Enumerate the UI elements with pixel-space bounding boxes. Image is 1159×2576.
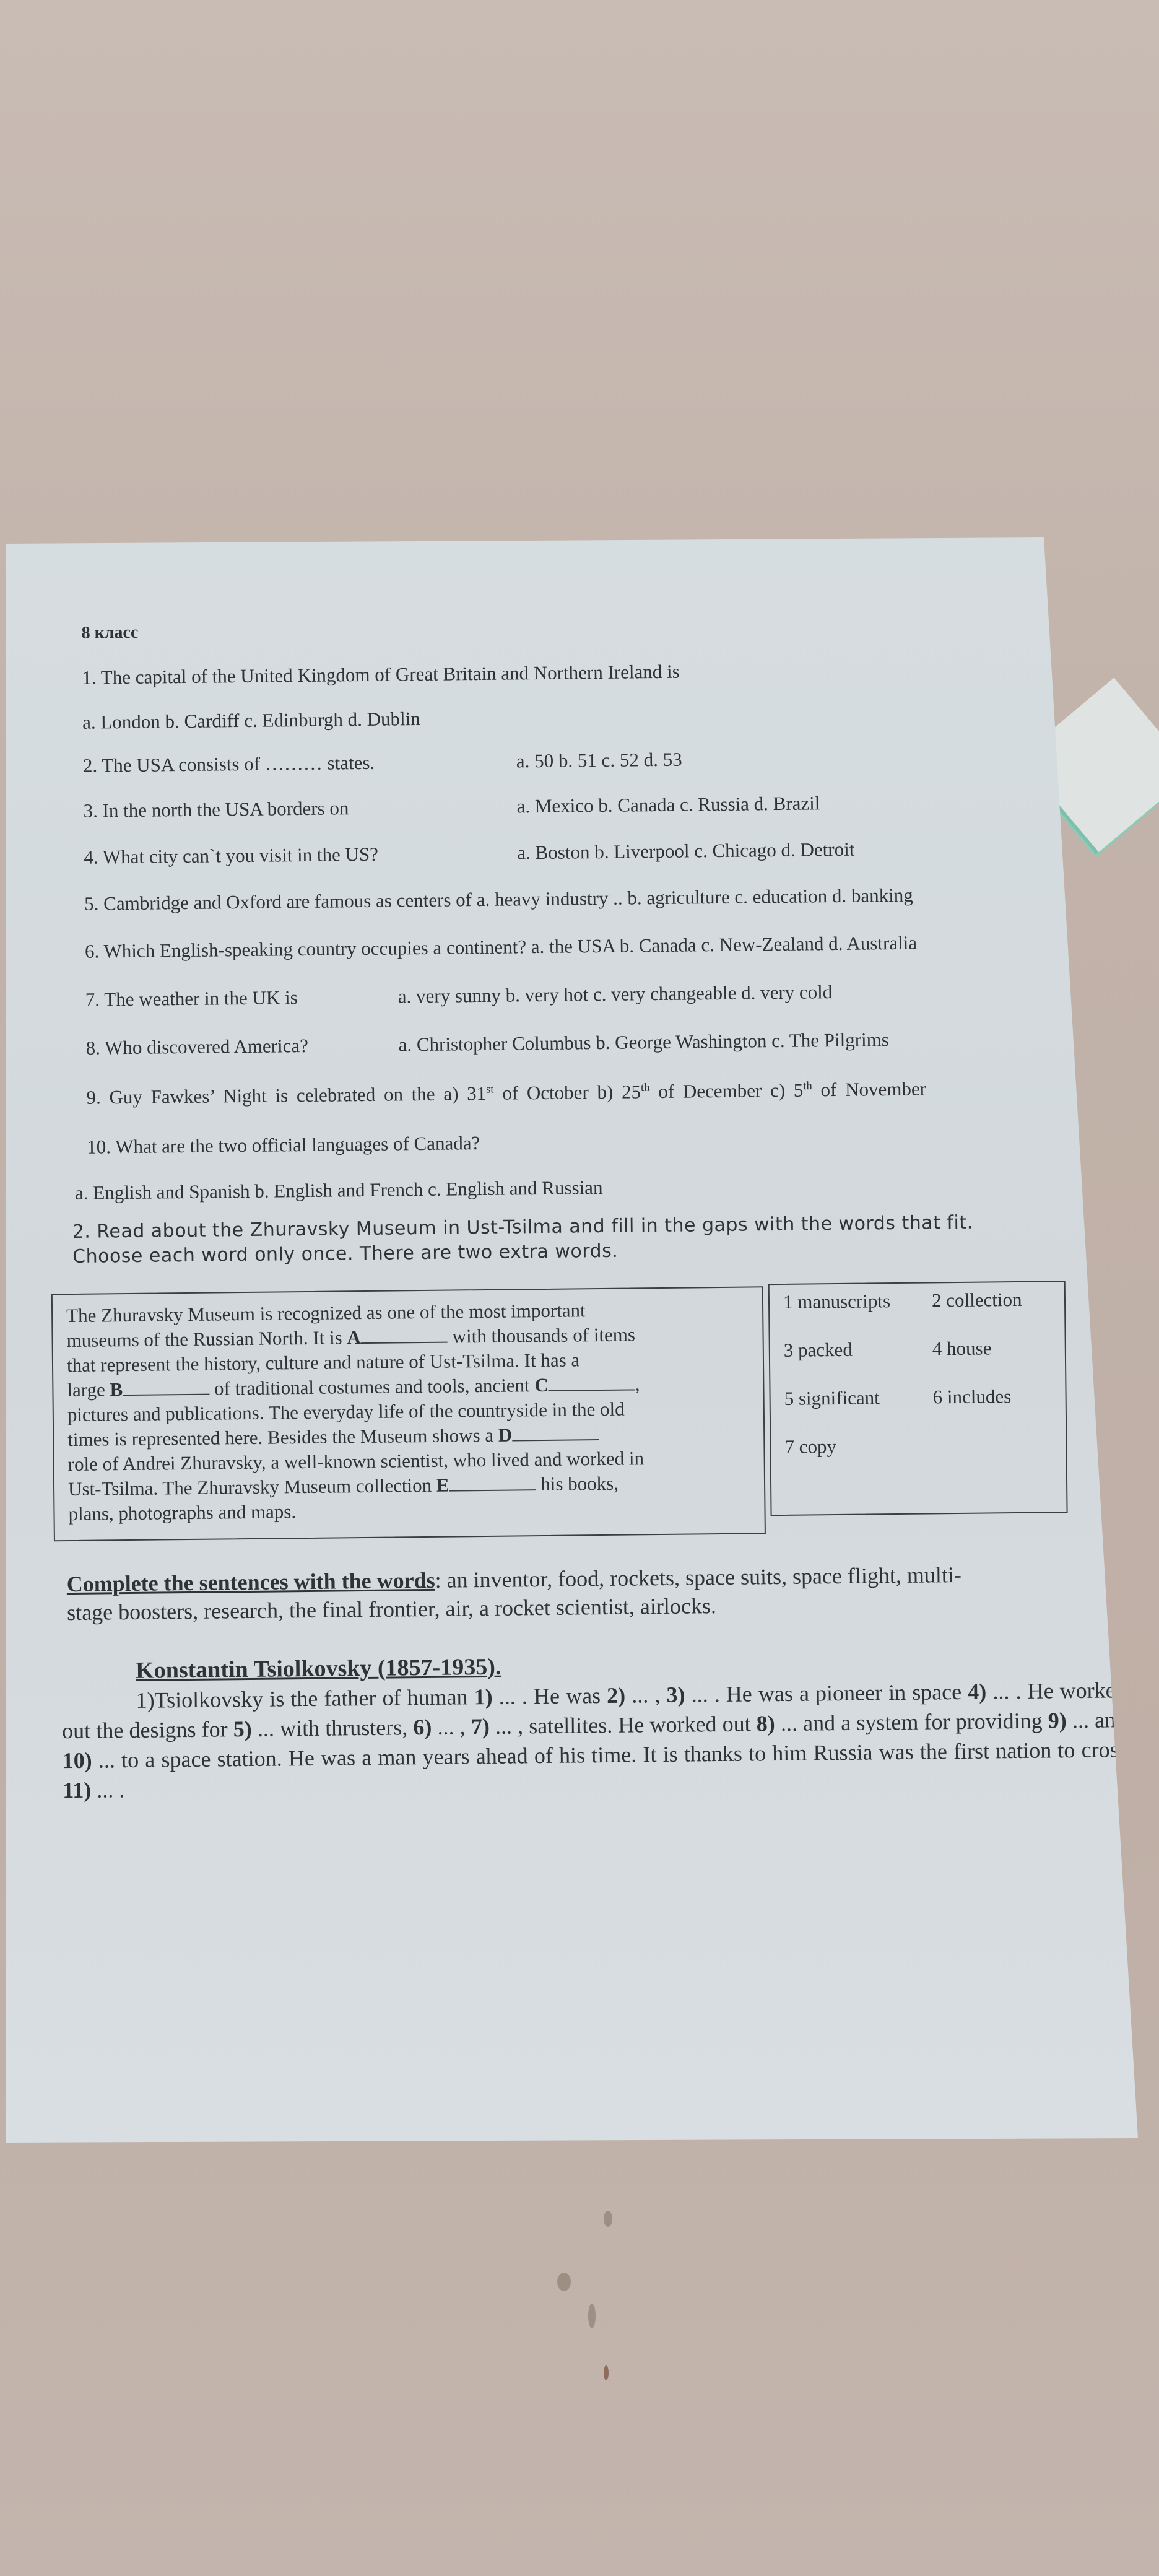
word-bank-item: 4 house	[932, 1336, 1069, 1360]
gap-blank[interactable]	[512, 1424, 599, 1441]
museum-passage-box: The Zhuravsky Museum is recognized as on…	[51, 1286, 766, 1541]
gap-number: 2)	[607, 1683, 625, 1708]
gap-letter: C	[534, 1374, 549, 1396]
question-9: 9. Guy Fawkes’ Night is celebrated on th…	[86, 1077, 926, 1108]
museum-passage: The Zhuravsky Museum is recognized as on…	[53, 1287, 765, 1535]
task2-instruction-line2: Choose each word only once. There are tw…	[72, 1240, 618, 1268]
tsiolkovsky-title: Konstantin Tsiolkovsky (1857-1935).	[136, 1653, 501, 1684]
gap-number: 7)	[471, 1714, 490, 1739]
question-8-options: a. Christopher Columbus b. George Washin…	[398, 1029, 889, 1056]
gap-number: 1)	[474, 1684, 492, 1709]
question-9-option-a: a) 31st of October	[443, 1081, 589, 1104]
gap-number: 6)	[413, 1715, 432, 1739]
tsiolkovsky-paragraph: 1)Tsiolkovsky is the father of human 1) …	[61, 1675, 1127, 1805]
question-3-options: a. Mexico b. Canada c. Russia d. Brazil	[516, 792, 820, 817]
question-1: 1. The capital of the United Kingdom of …	[82, 661, 680, 689]
word-bank-item: 3 packed	[784, 1338, 932, 1362]
gap-number: 10)	[62, 1748, 92, 1773]
debris-mark	[604, 2211, 612, 2227]
worksheet-paper: 8 класс 1. The capital of the United Kin…	[6, 537, 1145, 2143]
task2-instruction-line1: 2. Read about the Zhuravsky Museum in Us…	[72, 1212, 973, 1243]
gap-number: 4)	[968, 1679, 986, 1704]
question-9-option-b: b) 25th of December	[597, 1079, 762, 1103]
gap-letter: D	[498, 1424, 513, 1446]
question-8: 8. Who discovered America?	[85, 1035, 308, 1060]
question-5: 5. Cambridge and Oxford are famous as ce…	[84, 884, 913, 915]
task3-instruction: Complete the sentences with the words: a…	[66, 1562, 961, 1597]
word-bank-item: 6 includes	[932, 1385, 1069, 1408]
gap-blank[interactable]	[361, 1327, 448, 1344]
question-7: 7. The weather in the UK is	[85, 986, 298, 1011]
question-9-option-c: c) 5th of November	[770, 1077, 926, 1101]
word-bank-item: 2 collection	[932, 1288, 1068, 1312]
gap-number: 9)	[1048, 1708, 1067, 1733]
task3-word-list: stage boosters, research, the final fron…	[67, 1593, 716, 1625]
word-bank: 1 manuscripts2 collection3 packed4 house…	[770, 1282, 1066, 1464]
word-bank-item: 1 manuscripts	[783, 1289, 932, 1313]
question-3: 3. In the north the USA borders on	[83, 797, 349, 822]
debris-mark	[588, 2304, 596, 2328]
question-1-options: a. London b. Cardiff c. Edinburgh d. Dub…	[82, 708, 420, 734]
question-2: 2. The USA consists of ……… states.	[83, 752, 375, 777]
word-bank-box: 1 manuscripts2 collection3 packed4 house…	[768, 1281, 1068, 1516]
question-2-options: a. 50 b. 51 c. 52 d. 53	[516, 749, 682, 773]
word-bank-item: 5 significant	[784, 1386, 932, 1410]
gap-number: 5)	[233, 1717, 252, 1741]
word-bank-item: 7 copy	[784, 1434, 933, 1458]
question-7-options: a. very sunny b. very hot c. very change…	[398, 981, 833, 1007]
question-4-options: a. Boston b. Liverpool c. Chicago d. Det…	[517, 838, 854, 864]
gap-number: 3)	[666, 1682, 685, 1707]
gap-letter: B	[110, 1378, 123, 1400]
gap-number: 11)	[63, 1778, 91, 1803]
question-10: 10. What are the two official languages …	[87, 1132, 480, 1159]
question-10-options: a. English and Spanish b. English and Fr…	[75, 1177, 603, 1204]
gap-number: 8)	[757, 1711, 775, 1736]
debris-mark	[557, 2273, 571, 2291]
question-4: 4. What city can`t you visit in the US?	[84, 843, 378, 869]
gap-blank[interactable]	[549, 1374, 635, 1391]
debris-mark	[604, 2365, 609, 2380]
question-6: 6. Which English-speaking country occupi…	[85, 932, 917, 963]
gap-letter: E	[436, 1474, 449, 1496]
gap-letter: A	[347, 1326, 361, 1348]
gap-blank[interactable]	[449, 1474, 536, 1491]
gap-blank[interactable]	[123, 1379, 209, 1396]
grade-label: 8 класс	[81, 623, 138, 643]
